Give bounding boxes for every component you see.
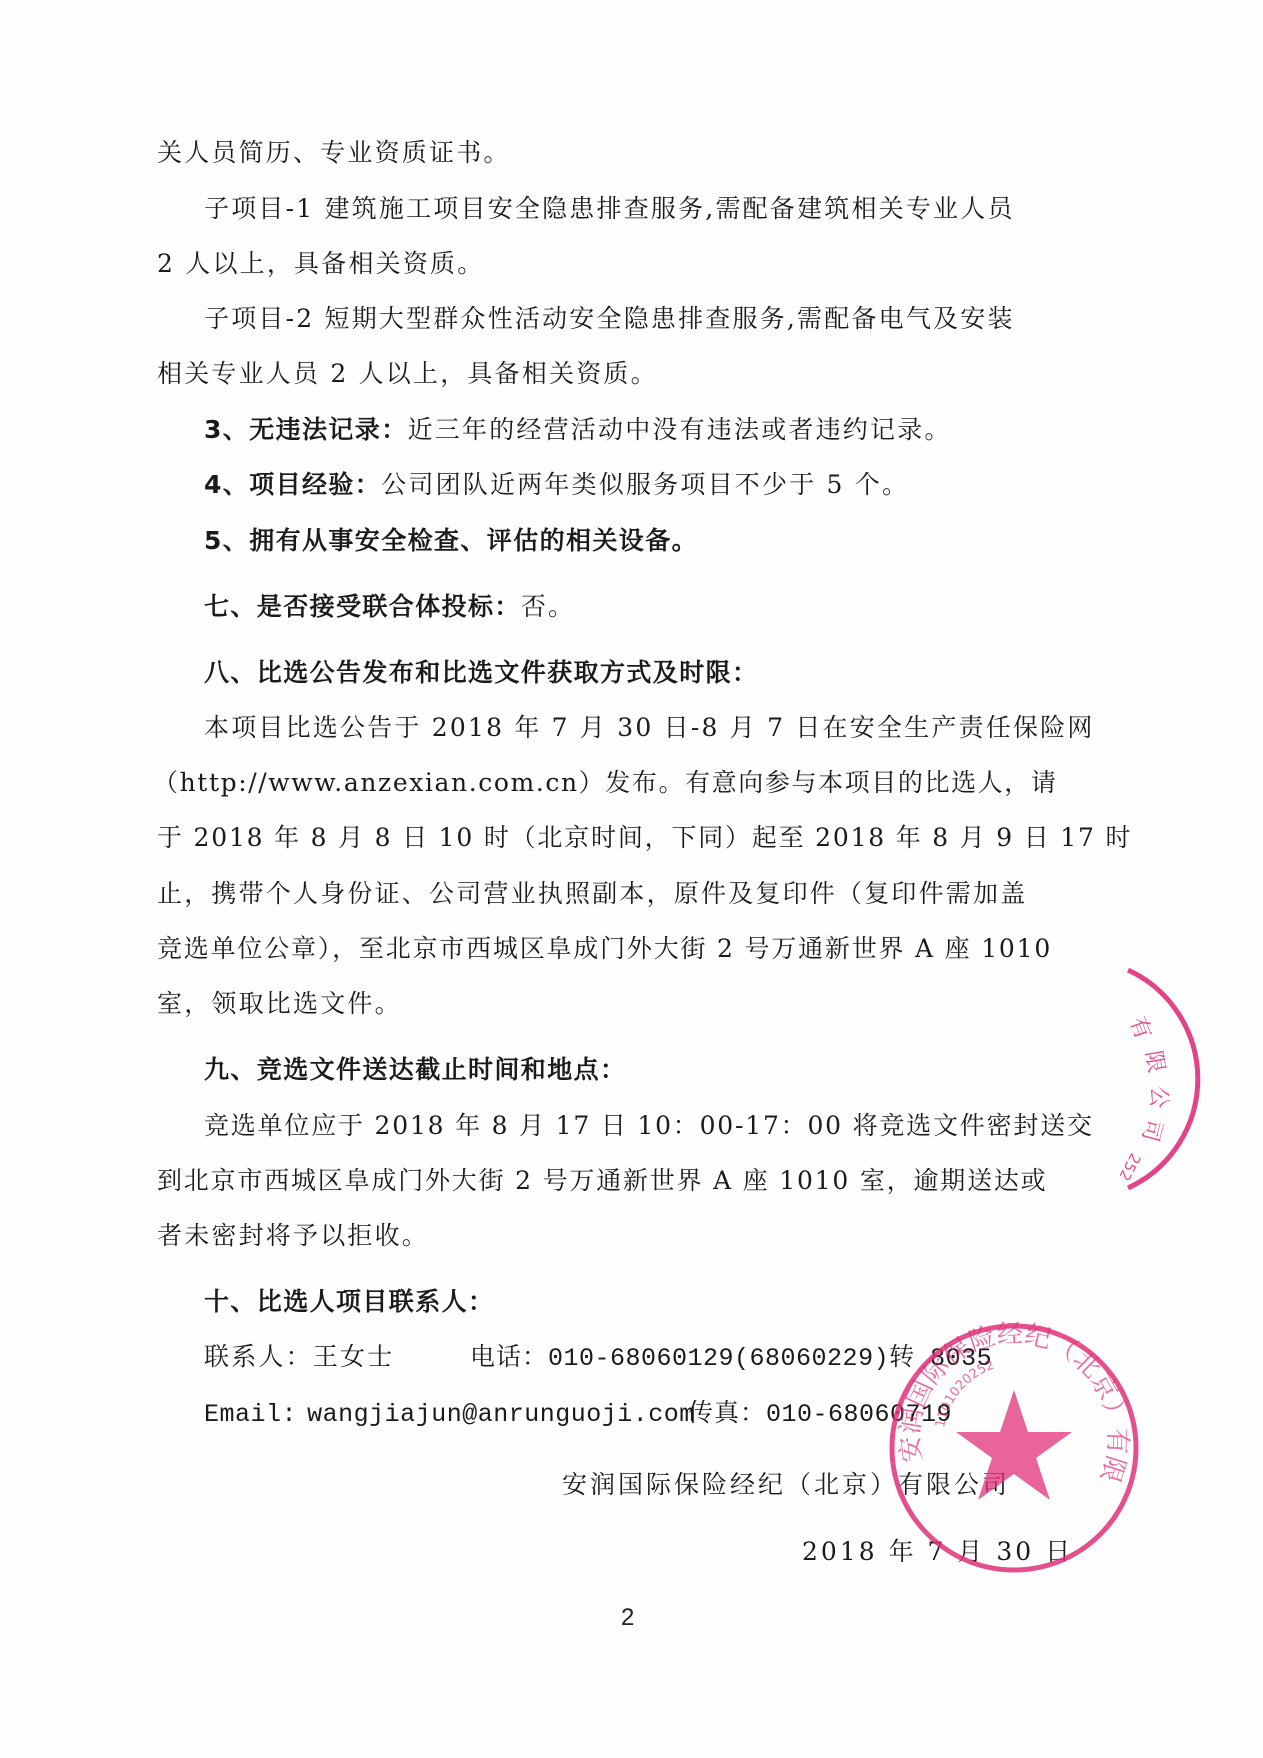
email-address[interactable]: wangjiajun@anrunguoji.com xyxy=(307,1400,695,1429)
phone-row: 电话：010-68060129(68060229)转 8035 xyxy=(470,1340,992,1376)
requirement-3-label: 3、无违法记录： xyxy=(204,415,408,444)
section-7-heading: 七、是否接受联合体投标： xyxy=(204,592,521,621)
contact-label: 联系人： xyxy=(204,1342,313,1371)
svg-text:有: 有 xyxy=(1124,1014,1155,1043)
svg-text:司: 司 xyxy=(1137,1116,1167,1144)
section-9-heading: 九、竞选文件送达截止时间和地点： xyxy=(204,1053,626,1087)
continuation-line: 关人员简历、专业资质证书。 xyxy=(157,136,511,170)
partial-seal-icon: 有 限 公 司 252 xyxy=(1120,960,1263,1200)
section-7: 七、是否接受联合体投标：否。 xyxy=(204,590,575,624)
svg-text:252: 252 xyxy=(1120,1150,1144,1184)
section-8-heading: 八、比选公告发布和比选文件获取方式及时限： xyxy=(204,656,758,690)
fax-label: 传真： xyxy=(688,1398,766,1427)
fax-number: 010-68060719 xyxy=(766,1400,952,1429)
email-label: Email: xyxy=(204,1400,297,1429)
subproject-2-line: 子项目-2 短期大型群众性活动安全隐患排查服务,需配备电气及安装 xyxy=(204,302,1015,336)
requirement-5-label: 5、拥有从事安全检查、评估的相关设备。 xyxy=(204,526,698,555)
subproject-1-continuation: 2 人以上，具备相关资质。 xyxy=(157,247,484,281)
fax-row: 传真：010-68060719 xyxy=(688,1396,952,1432)
section-8-line: 于 2018 年 8 月 8 日 10 时（北京时间，下同）起至 2018 年 … xyxy=(157,821,1132,855)
section-8-line: 竞选单位公章），至北京市西城区阜成门外大街 2 号万通新世界 A 座 1010 xyxy=(157,932,1052,966)
signature-date: 2018 年 7 月 30 日 xyxy=(802,1535,1073,1569)
email-row: Email: wangjiajun@anrunguoji.com xyxy=(204,1396,695,1432)
requirement-3: 3、无违法记录：近三年的经营活动中没有违法或者违约记录。 xyxy=(204,413,952,447)
section-10-heading: 十、比选人项目联系人： xyxy=(204,1285,494,1319)
requirement-4-label: 4、项目经验： xyxy=(204,470,381,499)
phone-label: 电话： xyxy=(470,1342,548,1371)
subproject-1-line: 子项目-1 建筑施工项目安全隐患排查服务,需配备建筑相关专业人员 xyxy=(204,192,1015,226)
page-number: 2 xyxy=(621,1604,634,1632)
phone-number: 010-68060129(68060229)转 8035 xyxy=(548,1344,992,1373)
section-8-line: 室，领取比选文件。 xyxy=(157,987,402,1021)
section-9-line: 竞选单位应于 2018 年 8 月 17 日 10：00-17：00 将竞选文件… xyxy=(204,1109,1094,1143)
signature-company: 安润国际保险经纪（北京）有限公司 xyxy=(562,1468,1010,1502)
requirement-3-text: 近三年的经营活动中没有违法或者违约记录。 xyxy=(408,415,952,444)
requirement-5: 5、拥有从事安全检查、评估的相关设备。 xyxy=(204,524,698,558)
svg-text:限: 限 xyxy=(1140,1049,1168,1075)
contact-name: 王女士 xyxy=(313,1342,395,1371)
section-8-url-line: （http://www.anzexian.com.cn）发布。有意向参与本项目的… xyxy=(153,768,1057,797)
section-8-line: 本项目比选公告于 2018 年 7 月 30 日-8 月 7 日在安全生产责任保… xyxy=(204,711,1095,745)
requirement-4: 4、项目经验：公司团队近两年类似服务项目不少于 5 个。 xyxy=(204,468,909,502)
section-9-line: 者未密封将予以拒收。 xyxy=(157,1219,429,1253)
section-8-line: （http://www.anzexian.com.cn）发布。有意向参与本项目的… xyxy=(153,766,1057,800)
document-page: 关人员简历、专业资质证书。 子项目-1 建筑施工项目安全隐患排查服务,需配备建筑… xyxy=(0,0,1263,1758)
section-9-line: 到北京市西城区阜成门外大街 2 号万通新世界 A 座 1010 室，逾期送达或 xyxy=(157,1164,1047,1198)
subproject-2-continuation: 相关专业人员 2 人以上，具备相关资质。 xyxy=(157,357,658,391)
requirement-4-text: 公司团队近两年类似服务项目不少于 5 个。 xyxy=(381,470,909,499)
section-8-line: 止，携带个人身份证、公司营业执照副本，原件及复印件（复印件需加盖 xyxy=(157,877,1027,911)
section-7-answer: 否。 xyxy=(521,592,575,621)
contact-person-row: 联系人：王女士 xyxy=(204,1340,394,1374)
svg-text:公: 公 xyxy=(1145,1086,1171,1109)
